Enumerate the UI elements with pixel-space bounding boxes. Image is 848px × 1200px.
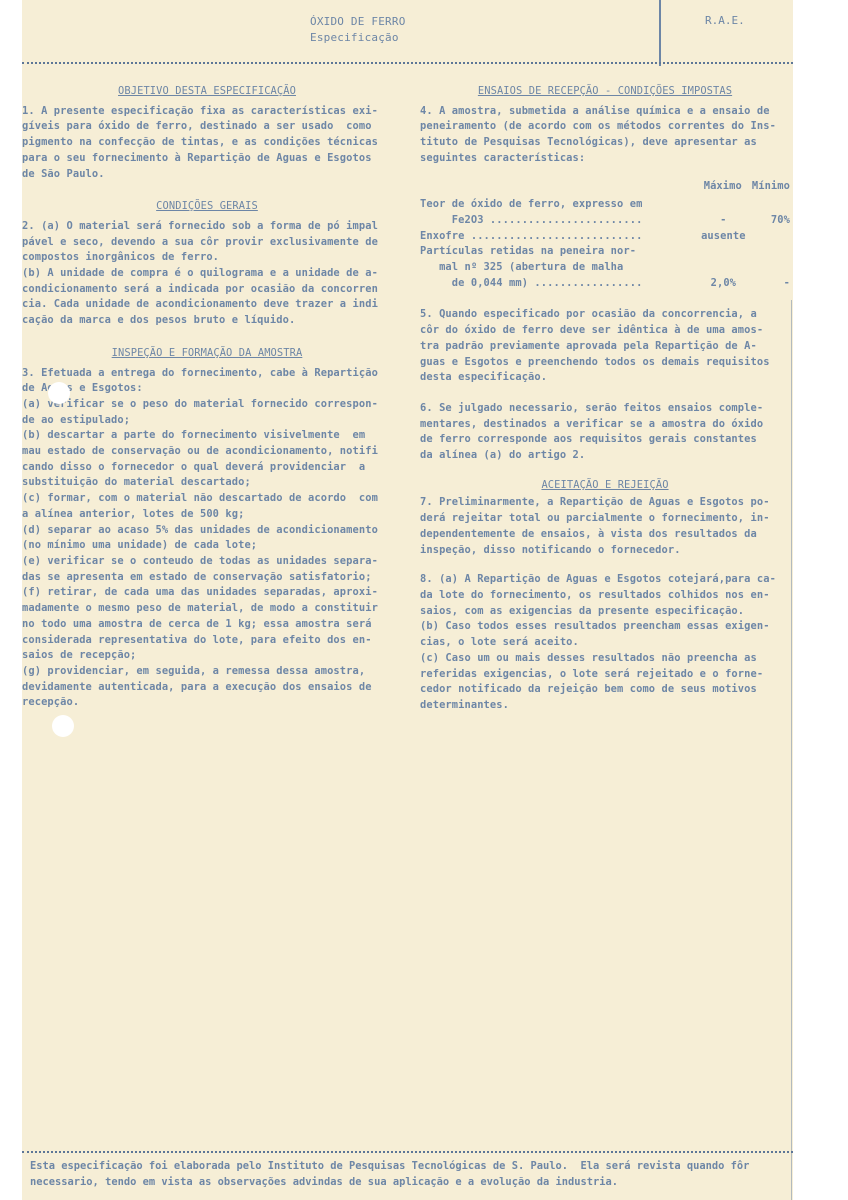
text-line: 4. A amostra, submetida a análise químic… [420, 104, 790, 120]
header-divider-vertical [659, 0, 661, 66]
text-line: seguintes características: [420, 151, 790, 167]
text-line: (c) formar, com o material não descartad… [22, 491, 392, 507]
section-heading-objetivo: OBJETIVO DESTA ESPECIFICAÇÃO [22, 84, 392, 100]
text-line: côr do óxido de ferro deve ser idêntica … [420, 323, 790, 339]
punch-hole [48, 382, 70, 404]
text-line: (b) Caso todos esses resultados preencha… [420, 619, 790, 635]
text-line: (g) providenciar, em seguida, a remessa … [22, 664, 392, 680]
text-line: a alínea anterior, lotes de 500 kg; [22, 507, 392, 523]
text-line: 2. (a) O material será fornecido sob a f… [22, 219, 392, 235]
text-line: referidas exigencias, o lote será rejeit… [420, 667, 790, 683]
text-line: inspeção, disso notificando o fornecedor… [420, 543, 790, 559]
text-line: cias, o lote será aceito. [420, 635, 790, 651]
section-heading-ensaios: ENSAIOS DE RECEPÇÃO - CONDIÇÕES IMPOSTAS [420, 84, 790, 100]
text-line: (d) separar ao acaso 5% das unidades de … [22, 523, 392, 539]
left-column: OBJETIVO DESTA ESPECIFICAÇÃO 1. A presen… [22, 84, 392, 711]
text-line: da lote do fornecimento, os resultados c… [420, 588, 790, 604]
text-line: 3. Efetuada a entrega do fornecimento, c… [22, 366, 392, 382]
table-row: de 0,044 mm) ................. 2,0% - [420, 276, 790, 292]
text-line: tra padrão previamente aprovada pela Rep… [420, 339, 790, 355]
text-line: 8. (a) A Repartição de Aguas e Esgotos c… [420, 572, 790, 588]
text-line: pigmento na confecção de tintas, e as co… [22, 135, 392, 151]
text-line: (no mínimo uma unidade) de cada lote; [22, 538, 392, 554]
text-line: recepção. [22, 695, 392, 711]
text-line: de São Paulo. [22, 167, 392, 183]
text-line: cedor notificado da rejeição bem como de… [420, 682, 790, 698]
text-line: dependentemente de ensaios, à vista dos … [420, 527, 790, 543]
text-line: de ao estipulado; [22, 413, 392, 429]
text-line: (c) Caso um ou mais desses resultados nã… [420, 651, 790, 667]
text-line: no todo uma amostra de cerca de 1 kg; es… [22, 617, 392, 633]
text-line: mau estado de conservação ou de acondici… [22, 444, 392, 460]
section-heading-aceitacao: ACEITAÇÃO E REJEIÇÃO [420, 478, 790, 494]
footer-line-1: Esta especificação foi elaborada pelo In… [30, 1158, 749, 1174]
table-row: mal nº 325 (abertura de malha [420, 260, 790, 276]
text-line: considerada representativa do lote, para… [22, 633, 392, 649]
text-line: substituição do material descartado; [22, 475, 392, 491]
text-line: gíveis para óxido de ferro, destinado a … [22, 119, 392, 135]
characteristics-table: Máximo Mínimo Teor de óxido de ferro, ex… [420, 179, 790, 292]
text-line: 6. Se julgado necessario, serão feitos e… [420, 401, 790, 417]
text-line: compostos inorgânicos de ferro. [22, 250, 392, 266]
text-line: (b) descartar a parte do fornecimento vi… [22, 428, 392, 444]
text-line: (a) verificar se o peso do material forn… [22, 397, 392, 413]
text-line: para o seu fornecimento à Repartição de … [22, 151, 392, 167]
text-line: (e) verificar se o conteudo de todas as … [22, 554, 392, 570]
right-margin-line [791, 300, 792, 1200]
footer-line-2: necessario, tendo em vista as observaçõe… [30, 1174, 749, 1190]
footer-note: Esta especificação foi elaborada pelo In… [30, 1158, 749, 1190]
column-header-max: Máximo [694, 179, 752, 195]
text-line: tituto de Pesquisas Tecnológicas), deve … [420, 135, 790, 151]
right-column: ENSAIOS DE RECEPÇÃO - CONDIÇÕES IMPOSTAS… [420, 84, 790, 714]
text-line: 7. Preliminarmente, a Repartição de Agua… [420, 495, 790, 511]
text-line: (b) A unidade de compra é o quilograma e… [22, 266, 392, 282]
section-heading-condicoes-gerais: CONDIÇÕES GERAIS [22, 199, 392, 215]
text-line: mentares, destinados a verificar se a am… [420, 417, 790, 433]
text-line: madamente o mesmo peso de material, de m… [22, 601, 392, 617]
text-line: da alínea (a) do artigo 2. [420, 448, 790, 464]
footer-divider [22, 1151, 793, 1153]
table-row: Teor de óxido de ferro, expresso em [420, 197, 790, 213]
text-line: cia. Cada unidade de acondicionamento de… [22, 297, 392, 313]
section-heading-inspecao: INSPEÇÃO E FORMAÇÃO DA AMOSTRA [22, 346, 392, 362]
table-row: Fe2O3 ........................ - 70% [420, 213, 790, 229]
text-line: cando disso o fornecedor o qual deverá p… [22, 460, 392, 476]
text-line: guas e Esgotos e preenchendo todos os de… [420, 355, 790, 371]
punch-hole [52, 715, 74, 737]
table-header-row: Máximo Mínimo [420, 179, 790, 195]
text-line: (f) retirar, de cada uma das unidades se… [22, 585, 392, 601]
title-line-1: ÓXIDO DE FERRO [310, 14, 406, 30]
document-code: R.A.E. [705, 14, 745, 27]
text-line: 5. Quando especificado por ocasião da co… [420, 307, 790, 323]
text-line: determinantes. [420, 698, 790, 714]
title-line-2: Especificação [310, 30, 406, 46]
text-line: saios, com as exigencias da presente esp… [420, 604, 790, 620]
text-line: de ferro corresponde aos requisitos gera… [420, 432, 790, 448]
text-line: peneiramento (de acordo com os métodos c… [420, 119, 790, 135]
text-line: condicionamento será a indicada por ocas… [22, 282, 392, 298]
text-line: pável e seco, devendo a sua côr provir e… [22, 235, 392, 251]
column-header-min: Mínimo [752, 179, 790, 195]
table-row: Enxofre ........................... ause… [420, 229, 790, 245]
text-line: cação da marca e dos pesos bruto e líqui… [22, 313, 392, 329]
text-line: devidamente autenticada, para a execução… [22, 680, 392, 696]
text-line: das se apresenta em estado de conservaçã… [22, 570, 392, 586]
text-line: 1. A presente especificação fixa as cara… [22, 104, 392, 120]
text-line: derá rejeitar total ou parcialmente o fo… [420, 511, 790, 527]
table-row: Partículas retidas na peneira nor- [420, 244, 790, 260]
text-line: de Aguas e Esgotos: [22, 381, 392, 397]
document-header-title: ÓXIDO DE FERRO Especificação [310, 14, 406, 46]
text-line: desta especificação. [420, 370, 790, 386]
header-divider [22, 62, 793, 64]
text-line: saios de recepção; [22, 648, 392, 664]
